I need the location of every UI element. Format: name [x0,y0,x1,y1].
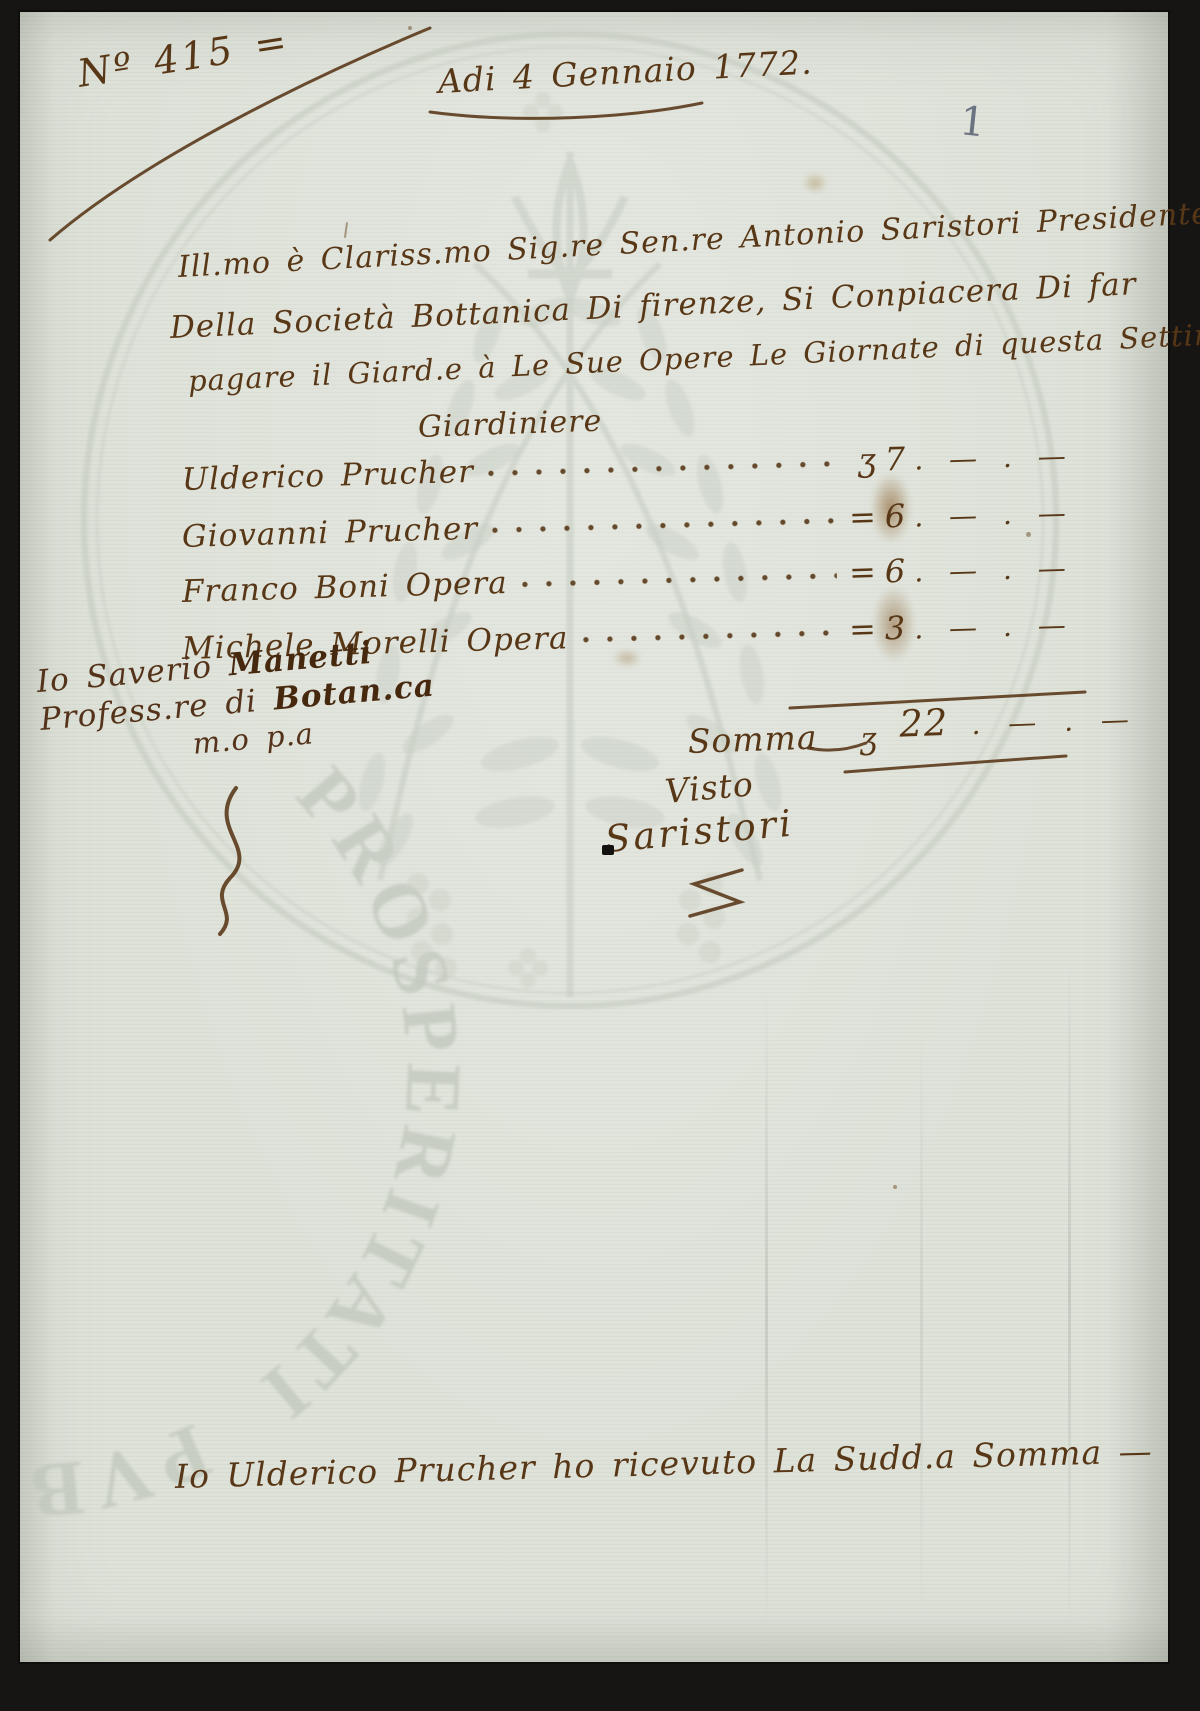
currency-symbol: = [849,553,878,592]
dot-leader [522,571,838,590]
amount-lire: 6 [884,552,906,591]
visto-note: Visto [663,764,755,811]
date-underline [430,103,702,118]
scanned-manuscript-page: { "document": { "corner_number": "Nº 415… [0,0,1200,1711]
amount-lire: 6 [884,497,906,536]
total-value: 22 [899,701,950,746]
total-rest: . — . — [971,702,1137,741]
currency-symbol: ʒ [857,441,877,480]
dot-leader [582,628,837,645]
amount-rest: . — . — [914,608,1072,645]
paper-hole [602,845,614,855]
amount-lire: 7 [884,440,906,479]
total-label: Somma [687,717,818,761]
currency-symbol: = [849,498,878,537]
signature-paraph [690,870,742,916]
dot-leader [488,458,846,478]
amount-lire: 3 [884,609,906,648]
pencil-page-number: 1 [958,98,989,147]
currency-symbol: ʒ [859,721,878,757]
amount-rest: . — . — [914,496,1072,533]
paper-sheet: PROSPERITATI PVBLICAE AVGENDAE [20,12,1168,1662]
amount-rest: . — . — [914,439,1072,476]
dot-leader [492,516,837,536]
currency-symbol: = [849,610,878,649]
margin-paraph [220,788,239,934]
amount-rest: . — . — [914,551,1072,588]
section-heading: Giardiniere [417,404,602,445]
